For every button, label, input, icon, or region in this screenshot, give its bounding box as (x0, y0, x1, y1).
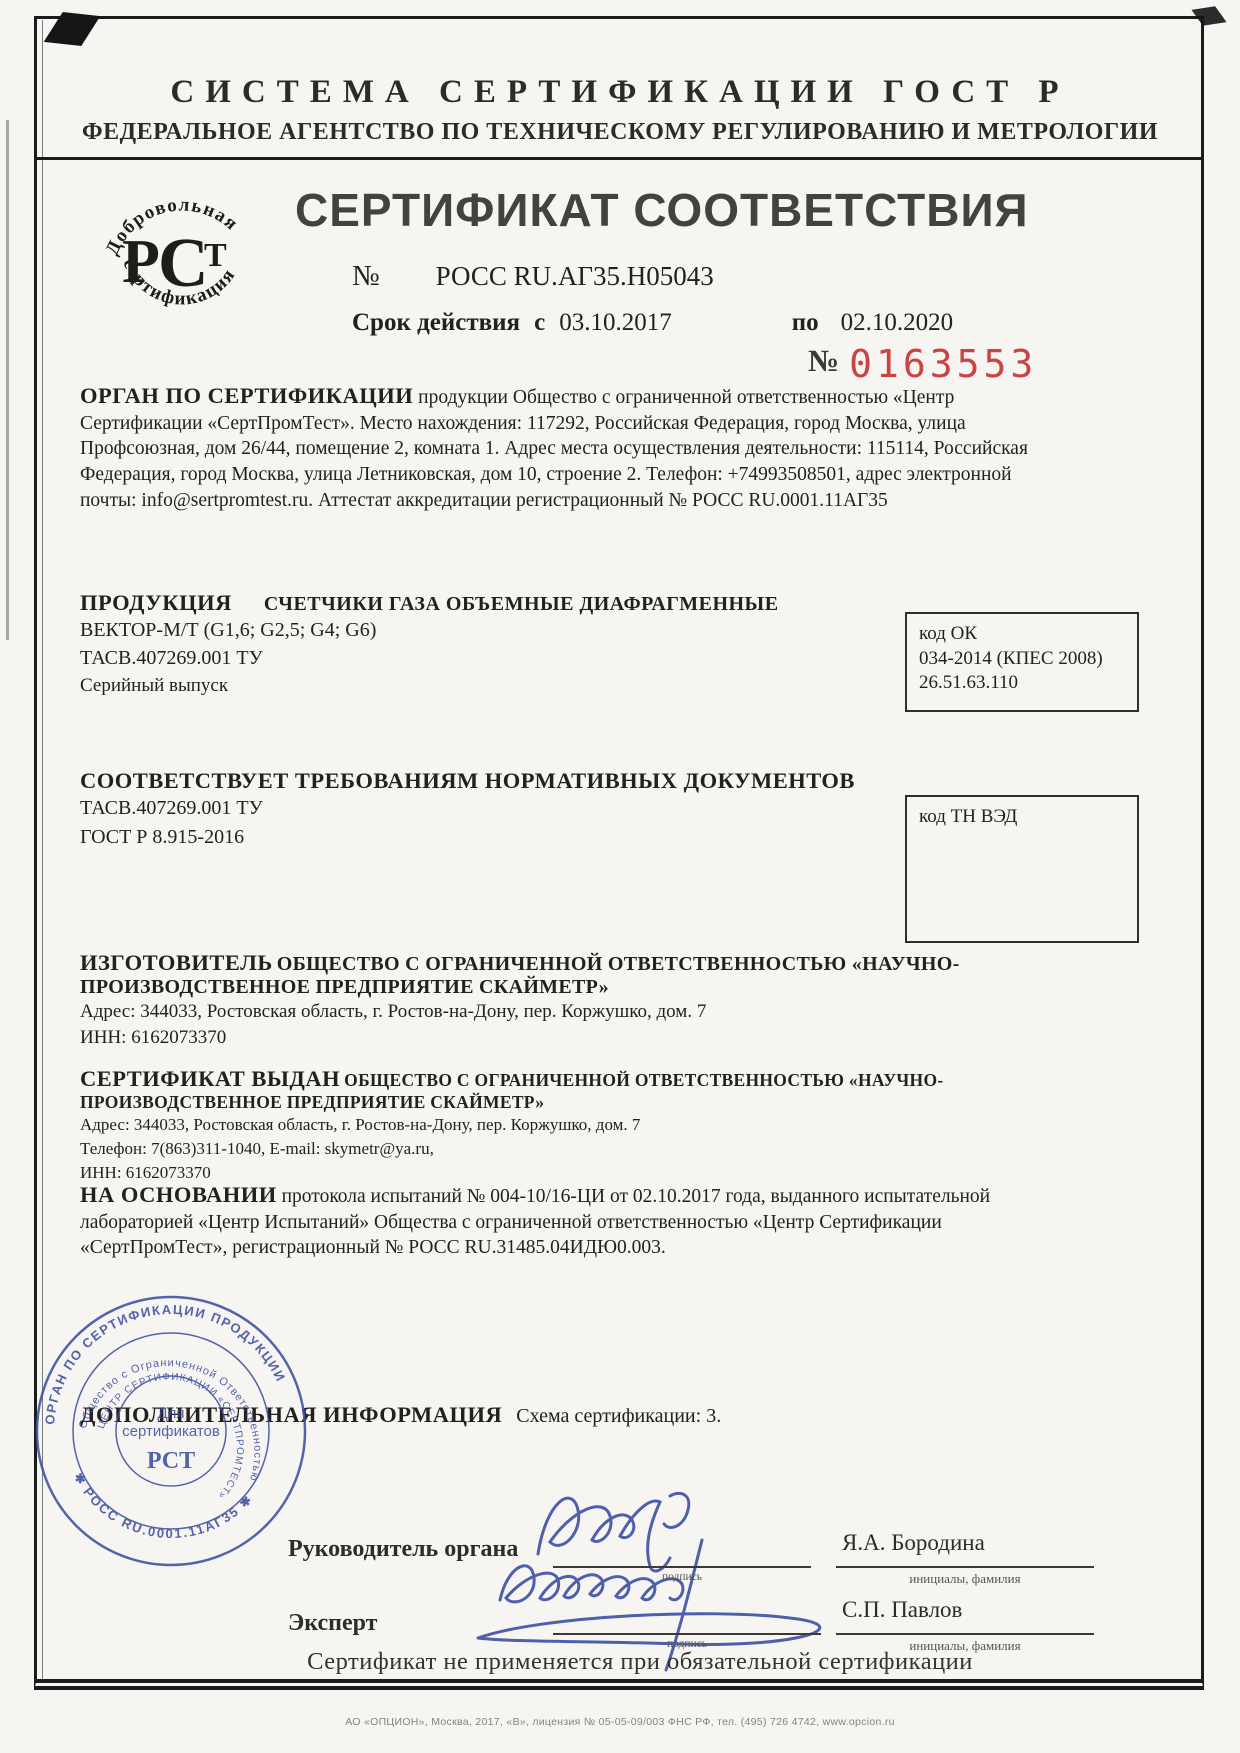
production-type: СЧЕТЧИКИ ГАЗА ОБЪЕМНЫЕ ДИАФРАГМЕННЫЕ (264, 593, 779, 615)
validity-to-word: по (792, 309, 819, 336)
expert-role-label: Эксперт (288, 1610, 377, 1637)
production-serial: Серийный выпуск (80, 673, 810, 700)
logo-letter-t: Т (204, 237, 227, 274)
blank-number-sign: № (808, 343, 839, 378)
header-divider (37, 157, 1204, 160)
certificate-number-row: №РОСС RU.АГ35.Н05043 (352, 260, 714, 293)
issued-to-section: СЕРТИФИКАТ ВЫДАН ОБЩЕСТВО С ОГРАНИЧЕННОЙ… (80, 1066, 1025, 1184)
stamp-center-line2: сертификатов (122, 1423, 220, 1440)
manufacturer-heading: ИЗГОТОВИТЕЛЬ (80, 950, 273, 975)
production-section: ПРОДУКЦИЯ СЧЕТЧИКИ ГАЗА ОБЪЕМНЫЕ ДИАФРАГ… (80, 590, 810, 700)
manufacturer-inn: ИНН: 6162073370 (80, 1025, 1025, 1051)
code-ok-value2: 26.51.63.110 (919, 671, 1125, 696)
blank-number: №0163553 (808, 342, 1037, 386)
expert-name-line (836, 1633, 1094, 1635)
head-name: Я.А. Бородина (842, 1530, 985, 1556)
rst-logo: Добровольная сертификация Р С Т (92, 172, 272, 340)
manufacturer-section: ИЗГОТОВИТЕЛЬ ОБЩЕСТВО С ОГРАНИЧЕННОЙ ОТВ… (80, 950, 1025, 1051)
number-sign: № (352, 260, 380, 292)
system-title: СИСТЕМА СЕРТИФИКАЦИИ ГОСТ Р (40, 74, 1200, 111)
validity-to-date: 02.10.2020 (841, 309, 954, 336)
production-heading: ПРОДУКЦИЯ (80, 590, 232, 615)
basis-section: НА ОСНОВАНИИ протокола испытаний № 004-1… (80, 1180, 1038, 1261)
certification-body-section: ОРГАН ПО СЕРТИФИКАЦИИ продукции Общество… (80, 381, 1038, 514)
stamp-monogram: РСТ (147, 1448, 195, 1474)
validity-row: Срок действияс03.10.2017по02.10.2020 (352, 309, 953, 337)
certificate-title: СЕРТИФИКАТ СООТВЕТСТВИЯ (295, 183, 1029, 237)
head-signature-line (553, 1566, 811, 1568)
code-ok-box: код ОК 034-2014 (КПЕС 2008) 26.51.63.110 (905, 612, 1139, 712)
expert-name: С.П. Павлов (842, 1597, 962, 1623)
stamp-center-line1: Для (157, 1405, 184, 1422)
bottom-note: Сертификат не применяется при обязательн… (140, 1648, 1140, 1676)
agency-title: ФЕДЕРАЛЬНОЕ АГЕНТСТВО ПО ТЕХНИЧЕСКОМУ РЕ… (40, 119, 1200, 146)
certificate-number: РОСС RU.АГ35.Н05043 (436, 261, 714, 291)
additional-text: Схема сертификации: 3. (516, 1405, 721, 1427)
production-tu: ТАСВ.407269.001 ТУ (80, 644, 810, 672)
blank-number-digits: 0163553 (849, 342, 1037, 386)
print-house-info: АО «ОПЦИОН», Москва, 2017, «В», лицензия… (0, 1716, 1240, 1728)
certificate-page: СИСТЕМА СЕРТИФИКАЦИИ ГОСТ Р ФЕДЕРАЛЬНОЕ … (0, 0, 1240, 1753)
validity-label: Срок действия (352, 309, 520, 336)
head-role-label: Руководитель органа (288, 1536, 518, 1563)
issued-heading: СЕРТИФИКАТ ВЫДАН (80, 1066, 340, 1091)
head-name-line (836, 1566, 1094, 1568)
conformity-doc1: ТАСВ.407269.001 ТУ (80, 794, 900, 823)
manufacturer-address: Адрес: 344033, Ростовская область, г. Ро… (80, 999, 1025, 1025)
org-heading: ОРГАН ПО СЕРТИФИКАЦИИ (80, 383, 413, 408)
logo-letter-p: Р (122, 228, 160, 296)
code-tnved-label: код ТН ВЭД (919, 805, 1125, 830)
head-name-caption: инициалы, фамилия (836, 1571, 1094, 1587)
logo-letter-c: С (158, 225, 209, 302)
code-ok-label: код ОК (919, 622, 1125, 647)
conformity-doc2: ГОСТ Р 8.915-2016 (80, 823, 900, 852)
code-tnved-box: код ТН ВЭД (905, 795, 1139, 943)
validity-from-date: 03.10.2017 (559, 309, 672, 336)
issued-phone: Телефон: 7(863)311-1040, E-mail: skymetr… (80, 1137, 1025, 1161)
conformity-heading: СООТВЕТСТВУЕТ ТРЕБОВАНИЯМ НОРМАТИВНЫХ ДО… (80, 768, 900, 794)
production-model: ВЕКТОР-М/Т (G1,6; G2,5; G4; G6) (80, 616, 810, 644)
certification-stamp: ОРГАН ПО СЕРТИФИКАЦИИ ПРОДУКЦИИ ✱ РОСС R… (26, 1286, 316, 1576)
validity-from-word: с (534, 309, 545, 336)
basis-heading: НА ОСНОВАНИИ (80, 1182, 277, 1207)
conformity-section: СООТВЕТСТВУЕТ ТРЕБОВАНИЯМ НОРМАТИВНЫХ ДО… (80, 768, 900, 852)
head-signature-caption: подпись (553, 1571, 811, 1583)
expert-signature-line (553, 1633, 821, 1635)
issued-address: Адрес: 344033, Ростовская область, г. Ро… (80, 1113, 1025, 1137)
code-ok-value1: 034-2014 (КПЕС 2008) (919, 647, 1125, 672)
scan-artifact (6, 120, 9, 640)
